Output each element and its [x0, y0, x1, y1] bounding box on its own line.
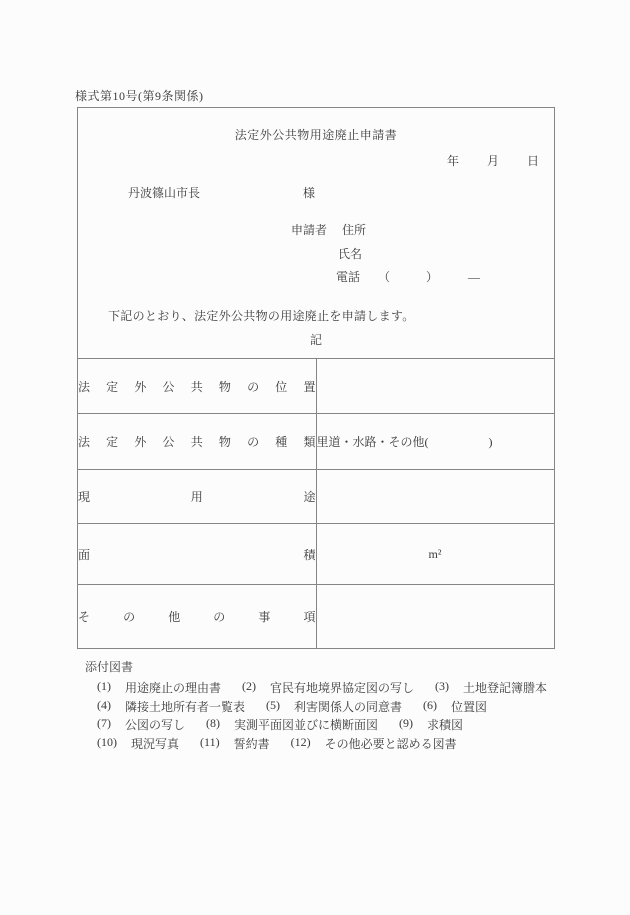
row-area-value-cell: m² — [316, 524, 555, 585]
applicant-name-label: 氏名 — [338, 247, 362, 261]
attachment-item-number: (5) — [266, 698, 280, 715]
row-current-use-label-cell: 現用途 — [78, 470, 317, 524]
declaration-text: 下記のとおり、法定外公共物の用途廃止を申請します。 — [108, 307, 415, 324]
attachment-item-label: 実測平面図並びに横断面図 — [234, 716, 378, 733]
attachment-item-number: (11) — [200, 735, 220, 752]
attachment-item: (9)求積図 — [399, 716, 463, 733]
attachment-item: (11)誓約書 — [200, 735, 270, 752]
attachment-item-number: (4) — [97, 698, 111, 715]
applicant-address-line: 申請者 住所 — [291, 221, 480, 245]
attachments-line: (7)公図の写し(8)実測平面図並びに横断面図(9)求積図 — [97, 716, 547, 735]
date-day-label: 日 — [527, 152, 539, 169]
attachment-item: (8)実測平面図並びに横断面図 — [206, 716, 378, 733]
form-header-section: 法定外公共物用途廃止申請書 年 月 日 丹波篠山市長 様 申請者 住所 — [78, 108, 555, 359]
attachment-item-label: 誓約書 — [234, 735, 270, 752]
row-type-label: 法定外公共物の種類 — [78, 433, 316, 450]
attachment-item: (10)現況写真 — [97, 735, 179, 752]
applicant-block: 申請者 住所 氏名 電話 （ ） — — [291, 221, 480, 292]
attachment-item-number: (10) — [97, 735, 117, 752]
row-current-use-label: 現用途 — [78, 488, 316, 505]
row-area-unit: m² — [429, 547, 442, 561]
row-current-use-value-cell — [316, 470, 555, 524]
form-title: 法定外公共物用途廃止申請書 — [78, 126, 554, 143]
row-area-label: 面積 — [78, 546, 316, 563]
attachment-item-label: 用途廃止の理由書 — [125, 679, 221, 696]
attachment-item-number: (9) — [399, 716, 413, 733]
attachment-item-label: 位置図 — [451, 698, 487, 715]
table-row: 法定外公共物の種類 里道・水路・その他( ) — [78, 414, 555, 470]
row-other-label-cell: その他の事項 — [78, 585, 317, 649]
addressee-line: 丹波篠山市長 様 — [128, 184, 315, 201]
date-line: 年 月 日 — [447, 152, 554, 169]
record-marker: 記 — [78, 331, 554, 348]
row-location-label-cell: 法定外公共物の位置 — [78, 359, 317, 414]
attachment-item-label: 土地登記簿謄本 — [463, 679, 547, 696]
attachment-item-label: 隣接土地所有者一覧表 — [125, 698, 245, 715]
attachment-item-label: 現況写真 — [131, 735, 179, 752]
table-row: 現用途 — [78, 470, 555, 524]
attachment-item-number: (6) — [423, 698, 437, 715]
row-area-label-cell: 面積 — [78, 524, 317, 585]
applicant-phone-line: 電話 （ ） — — [291, 268, 480, 292]
attachment-item-number: (1) — [97, 679, 111, 696]
table-row: 面積 m² — [78, 524, 555, 585]
attachments-line: (1)用途廃止の理由書(2)官民有地境界協定図の写し(3)土地登記簿謄本 — [97, 679, 547, 698]
attachments-heading: 添付図書 — [85, 658, 547, 677]
attachment-item-label: その他必要と認める図書 — [325, 735, 457, 752]
attachment-item: (2)官民有地境界協定図の写し — [242, 679, 414, 696]
form-number: 様式第10号(第9条関係) — [75, 87, 204, 104]
attachments-list: (1)用途廃止の理由書(2)官民有地境界協定図の写し(3)土地登記簿謄本 (4)… — [97, 679, 547, 753]
applicant-phone-label: 電話 （ ） — — [336, 270, 480, 284]
attachment-item-label: 公図の写し — [125, 716, 185, 733]
row-type-value: 里道・水路・その他( ) — [317, 435, 493, 449]
row-type-value-cell: 里道・水路・その他( ) — [316, 414, 555, 470]
row-location-label: 法定外公共物の位置 — [78, 378, 316, 395]
row-location-value-cell — [316, 359, 555, 414]
addressee-name: 丹波篠山市長 — [128, 186, 200, 200]
row-other-value-cell — [316, 585, 555, 649]
attachment-item-number: (3) — [435, 679, 449, 696]
attachment-item: (5)利害関係人の同意書 — [266, 698, 402, 715]
application-form-box: 法定外公共物用途廃止申請書 年 月 日 丹波篠山市長 様 申請者 住所 — [77, 107, 555, 649]
table-row: 法定外公共物の位置 — [78, 359, 555, 414]
applicant-name-line: 氏名 — [291, 245, 480, 269]
table-row: その他の事項 — [78, 585, 555, 649]
attachments-section: 添付図書 (1)用途廃止の理由書(2)官民有地境界協定図の写し(3)土地登記簿謄… — [85, 658, 547, 753]
attachment-item: (6)位置図 — [423, 698, 487, 715]
attachment-item-label: 求積図 — [427, 716, 463, 733]
attachment-item-number: (12) — [291, 735, 311, 752]
attachments-line: (4)隣接土地所有者一覧表(5)利害関係人の同意書(6)位置図 — [97, 698, 547, 717]
attachment-item-number: (7) — [97, 716, 111, 733]
addressee-honorific: 様 — [303, 186, 315, 200]
applicant-address-label: 住所 — [342, 223, 366, 237]
attachment-item: (1)用途廃止の理由書 — [97, 679, 221, 696]
attachment-item-label: 官民有地境界協定図の写し — [270, 679, 414, 696]
document-page: 様式第10号(第9条関係) 法定外公共物用途廃止申請書 年 月 日 丹波篠山市長… — [0, 0, 630, 915]
attachment-item-label: 利害関係人の同意書 — [294, 698, 402, 715]
row-other-label: その他の事項 — [78, 608, 316, 625]
attachment-item: (12)その他必要と認める図書 — [291, 735, 457, 752]
applicant-label: 申請者 — [291, 223, 327, 237]
date-month-label: 月 — [487, 152, 499, 169]
attachment-item: (4)隣接土地所有者一覧表 — [97, 698, 245, 715]
attachment-item: (7)公図の写し — [97, 716, 185, 733]
attachment-item: (3)土地登記簿謄本 — [435, 679, 547, 696]
attachments-line: (10)現況写真(11)誓約書(12)その他必要と認める図書 — [97, 735, 547, 754]
date-year-label: 年 — [447, 152, 459, 169]
attachment-item-number: (2) — [242, 679, 256, 696]
row-type-label-cell: 法定外公共物の種類 — [78, 414, 317, 470]
attachment-item-number: (8) — [206, 716, 220, 733]
